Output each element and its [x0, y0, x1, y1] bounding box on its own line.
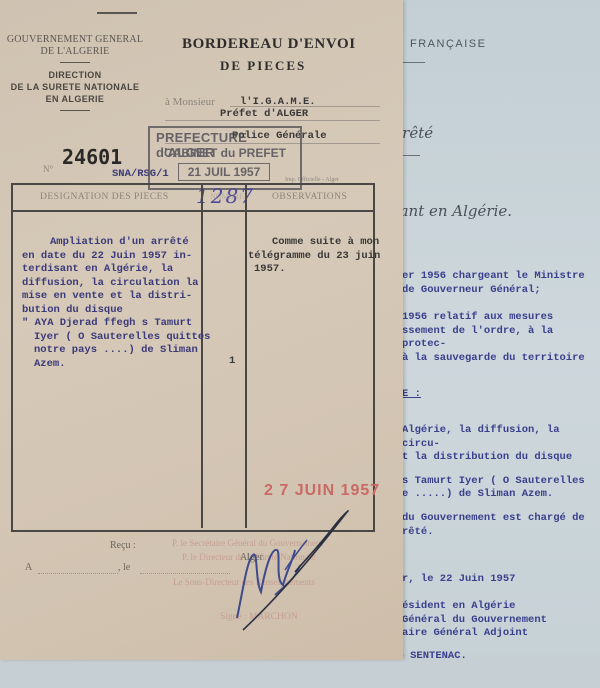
- received-date-stamp: 2 7 JUIN 1957: [264, 482, 380, 500]
- signatories-block: ésident en Algérie Général du Gouverneme…: [402, 600, 547, 641]
- considerant-line: 1956 relatif aux mesures: [402, 311, 600, 325]
- article-line: e .....) de Sliman Azem.: [402, 488, 600, 502]
- considerant-line: à la sauvegarde du territoire: [402, 352, 600, 366]
- number-label: N°: [43, 164, 53, 174]
- date-field: [140, 573, 230, 575]
- back-document-page: FRANÇAISE rrêté dant en Algérie. er 1956…: [370, 0, 600, 688]
- direction-line: DIRECTION: [0, 70, 150, 80]
- considerants-block: er 1956 chargeant le Ministre de Gouvern…: [402, 270, 600, 365]
- col-header-designation: DESIGNATION DES PIECES: [40, 192, 169, 202]
- place-field: [38, 573, 118, 575]
- top-mark: [97, 12, 137, 14]
- table-header-rule: [13, 210, 373, 212]
- article-line: s Tamurt Iyer ( O Sauterelles: [402, 475, 600, 489]
- observation-line: 1957.: [248, 263, 380, 277]
- form-subtitle: DE PIECES: [220, 58, 306, 74]
- designation-line: mise en vente et la distri-: [22, 290, 210, 304]
- document-number: 24601: [62, 145, 122, 169]
- article-line: t la distribution du disque: [402, 451, 600, 465]
- recipient-rule: [165, 120, 380, 121]
- designation-line: diffusion, la circulation la: [22, 277, 210, 291]
- arrete-label: E :: [402, 388, 421, 402]
- arrete-date-line: r, le 22 Juin 1957: [402, 573, 515, 587]
- col-header-observations: OBSERVATIONS: [272, 192, 347, 202]
- handwritten-signature-icon: [225, 500, 365, 640]
- designation-line: en date du 22 Juin 1957 in-: [22, 250, 210, 264]
- resident-script-line: dant en Algérie.: [390, 202, 512, 220]
- designation-line: Ampliation d'un arrêté: [22, 236, 210, 250]
- designation-line: " AYA Djerad ffegh s Tamurt: [22, 317, 210, 331]
- designation-line: notre pays ....) de Sliman: [22, 344, 210, 358]
- direction-line: DE LA SURETE NATIONALE: [0, 82, 150, 92]
- form-title: BORDEREAU D'ENVOI: [182, 36, 356, 53]
- bordereau-document: GOUVERNEMENT GENERAL DE L'ALGERIE DIRECT…: [0, 0, 403, 660]
- date-label: , le: [118, 562, 130, 573]
- issuer-line: GOUVERNEMENT GENERAL: [0, 34, 150, 45]
- designation-line: bution du disque: [22, 304, 210, 318]
- direction-divider: [60, 110, 90, 111]
- table-column-divider: [245, 185, 247, 528]
- article-line: Algérie, la diffusion, la circu-: [402, 424, 600, 451]
- issuer-line: DE L'ALGERIE: [0, 46, 150, 57]
- considerant-line: de Gouverneur Général;: [402, 284, 600, 298]
- signatory-line: Général du Gouvernement: [402, 614, 547, 628]
- stamp-line-2: CABINET du PREFET: [164, 146, 286, 160]
- article-line: rêté.: [402, 526, 585, 540]
- issuer-block: GOUVERNEMENT GENERAL DE L'ALGERIE DIRECT…: [0, 34, 150, 111]
- signatory-line: aire Général Adjoint: [402, 627, 547, 641]
- pieces-count: 1: [229, 355, 235, 367]
- place-label: A: [25, 562, 32, 573]
- designation-line: Iyer ( O Sauterelles quittes: [22, 331, 210, 345]
- republic-header: FRANÇAISE: [410, 38, 486, 50]
- designation-cell: Ampliation d'un arrêté en date du 22 Jui…: [22, 236, 210, 371]
- article-2-block: du Gouvernement est chargé de rêté.: [402, 512, 585, 539]
- observation-line: télégramme du 23 juin: [248, 250, 380, 264]
- observations-cell: Comme suite à mon télégramme du 23 juin …: [248, 236, 380, 277]
- prefecture-stamp: PREFECTURE d'ALGER CABINET du PREFET 21 …: [148, 126, 302, 190]
- designation-line: terdisant en Algérie, la: [22, 263, 210, 277]
- considerant-line: ssement de l'ordre, à la protec-: [402, 325, 600, 352]
- article-1-block: Algérie, la diffusion, la circu- t la di…: [402, 424, 600, 502]
- article-line: du Gouvernement est chargé de: [402, 512, 585, 526]
- designation-line: Azem.: [22, 358, 210, 372]
- recipient-line-2: Préfet d'ALGER: [220, 108, 308, 120]
- direction-line: EN ALGERIE: [0, 94, 150, 104]
- recipient-rule: [230, 106, 380, 107]
- recu-label: Reçu :: [110, 540, 136, 551]
- recipient-label: à Monsieur: [165, 96, 215, 108]
- issuer-divider: [60, 62, 90, 63]
- signatory-line: ésident en Algérie: [402, 600, 547, 614]
- stamp-date: 21 JUIL 1957: [178, 163, 270, 181]
- col-header-count: NOMBRE: [210, 192, 244, 201]
- considerant-line: er 1956 chargeant le Ministre: [402, 270, 600, 284]
- observation-line: Comme suite à mon: [248, 236, 380, 250]
